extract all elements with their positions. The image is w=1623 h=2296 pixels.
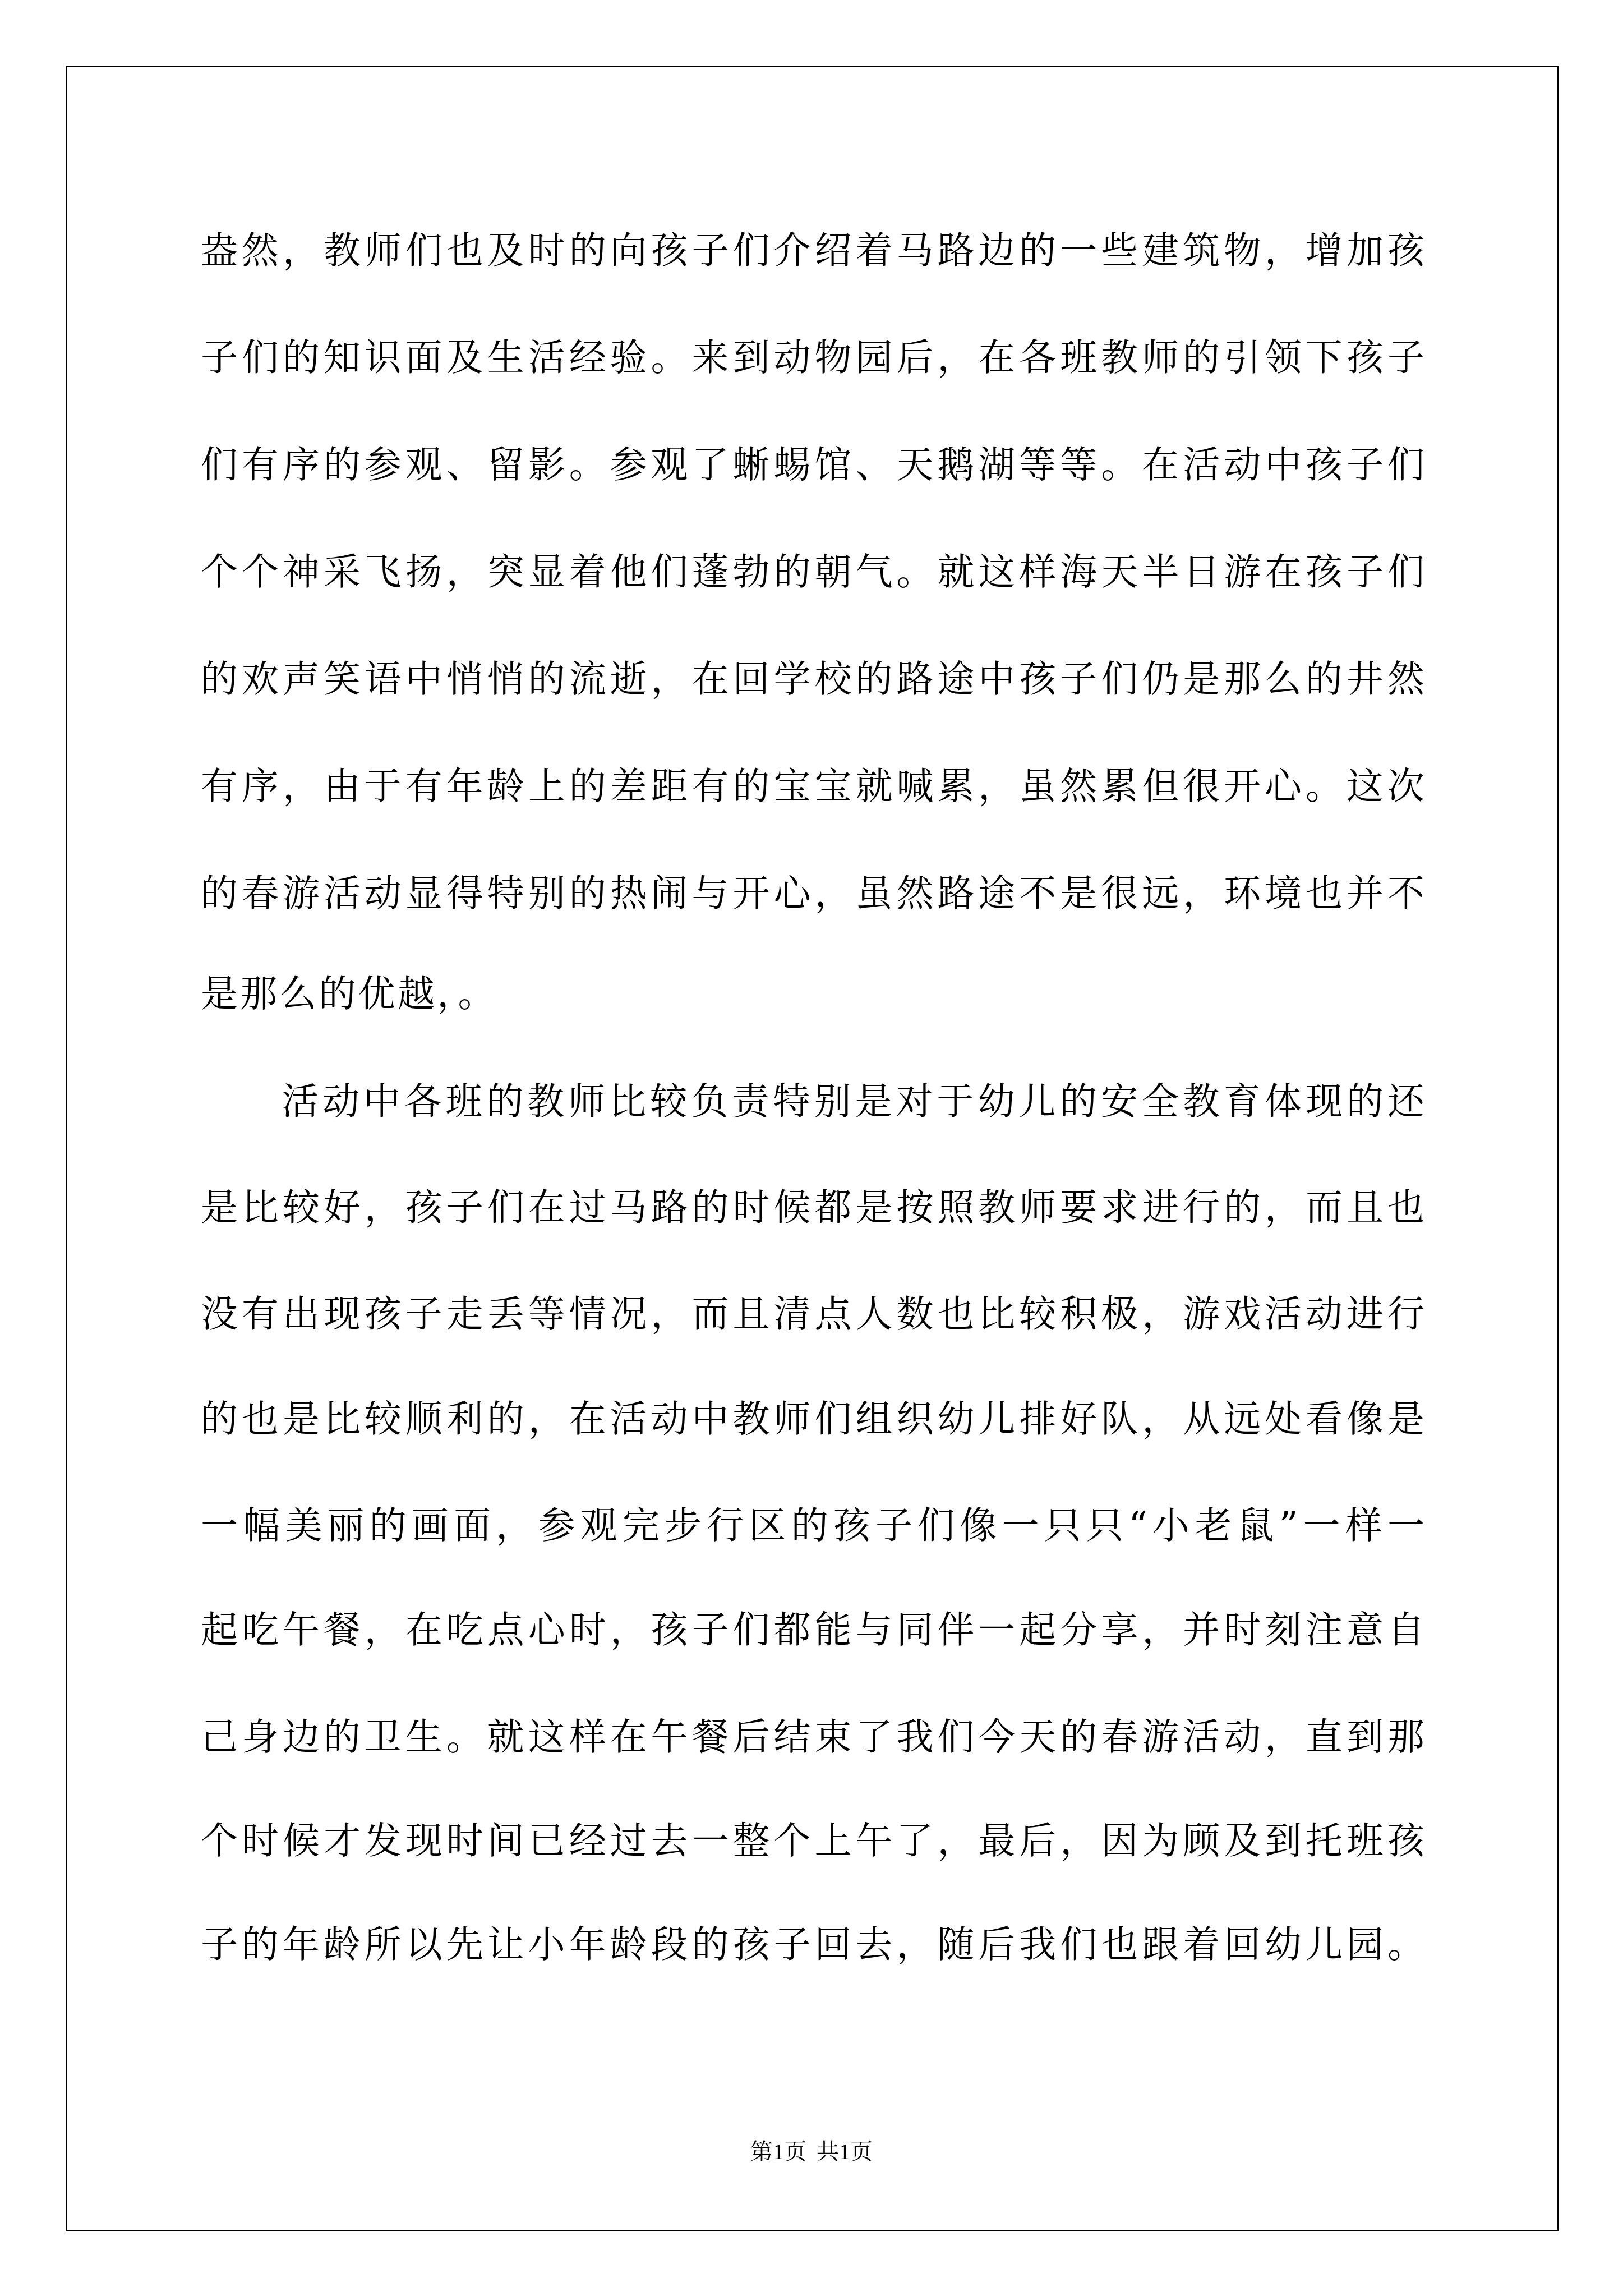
page-border-frame [66,66,1559,2231]
paragraph-1-line-4: 个个神采飞扬，突显着他们蓬勃的朝气。就这样海天半日游在孩子们 [201,550,1424,595]
paragraph-2-line-5: 一幅美丽的画面，参观完步行区的孩子们像一只只“小老鼠”一样一 [201,1503,1424,1548]
page-number-label: 第1页 [750,2139,806,2164]
paragraph-2-line-4: 的也是比较顺利的，在活动中教师们组织幼儿排好队，从远处看像是 [201,1397,1424,1442]
paragraph-2-line-9: 子的年龄所以先让小年龄段的孩子回去，随后我们也跟着回幼儿园。 [201,1922,1424,1967]
paragraph-1-line-5: 的欢声笑语中悄悄的流逝，在回学校的路途中孩子们仍是那么的井然 [201,657,1424,702]
page-footer: 第1页 共1页 [0,2136,1623,2168]
paragraph-1-line-7: 的春游活动显得特别的热闹与开心，虽然路途不是很远，环境也并不 [201,871,1424,916]
paragraph-1-line-8: 是那么的优越，。 [201,972,1424,1016]
paragraph-1-line-6: 有序，由于有年龄上的差距有的宝宝就喊累，虽然累但很开心。这次 [201,764,1424,809]
paragraph-2-line-3: 没有出现孩子走丢等情况，而且清点人数也比较积极，游戏活动进行 [201,1292,1424,1337]
paragraph-2-line-2: 是比较好，孩子们在过马路的时候都是按照教师要求进行的，而且也 [201,1185,1424,1230]
paragraph-2-line-7: 己身边的卫生。就这样在午餐后结束了我们今天的春游活动，直到那 [201,1715,1424,1760]
paragraph-2-line-1: 活动中各班的教师比较负责特别是对于幼儿的安全教育体现的还 [282,1079,1424,1124]
paragraph-2-line-8: 个时候才发现时间已经过去一整个上午了，最后，因为顾及到托班孩 [201,1819,1424,1864]
page-total-label: 共1页 [817,2139,873,2164]
paragraph-1-line-2: 子们的知识面及生活经验。来到动物园后，在各班教师的引领下孩子 [201,335,1424,380]
paragraph-1-line-3: 们有序的参观、留影。参观了蜥蜴馆、天鹅湖等等。在活动中孩子们 [201,443,1424,487]
paragraph-2-line-6: 起吃午餐，在吃点心时，孩子们都能与同伴一起分享，并时刻注意自 [201,1608,1424,1653]
paragraph-1-line-1: 盎然，教师们也及时的向孩子们介绍着马路边的一些建筑物，增加孩 [201,228,1424,273]
